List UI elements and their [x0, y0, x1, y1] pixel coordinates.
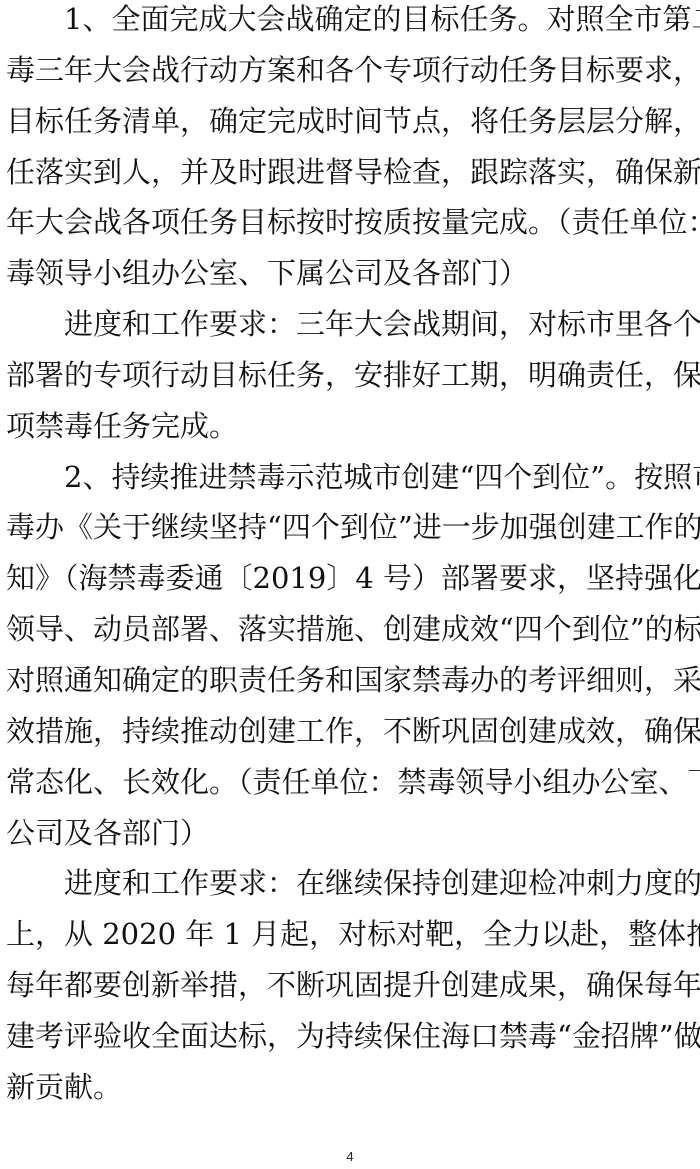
- paragraph-item-1: 1、全面完成大会战确定的目标任务。对照全市第二轮禁 毒三年大会战行动方案和各个专…: [6, 0, 682, 305]
- text-line: 知》（海禁毒委通〔2019〕4 号）部署要求，坚持强化组织: [6, 559, 682, 610]
- text-line: 毒三年大会战行动方案和各个专项行动任务目标要求，细化: [6, 51, 682, 102]
- text-line: 进度和工作要求：三年大会战期间，对标市里各个时期: [6, 305, 682, 356]
- text-line: 毒领导小组办公室、下属公司及各部门）: [6, 254, 682, 305]
- text-line: 部署的专项行动目标任务，安排好工期，明确责任，保证各: [6, 356, 682, 407]
- text-line: 对照通知确定的职责任务和国家禁毒办的考评细则，采取有: [6, 661, 682, 712]
- text-line: 建考评验收全面达标，为持续保住海口禁毒“金招牌”做出: [6, 1017, 682, 1068]
- text-line: 上，从 2020 年 1 月起，对标对靶，全力以赴，整体推进，: [6, 915, 682, 966]
- text-line: 任落实到人，并及时跟进督导检查，跟踪落实，确保新的三: [6, 153, 682, 204]
- paragraph-item-1-progress: 进度和工作要求：三年大会战期间，对标市里各个时期 部署的专项行动目标任务，安排好…: [6, 305, 682, 458]
- page-number: 4: [0, 1149, 700, 1165]
- document-page: 1、全面完成大会战确定的目标任务。对照全市第二轮禁 毒三年大会战行动方案和各个专…: [6, 0, 682, 1119]
- text-line: 1、全面完成大会战确定的目标任务。对照全市第二轮禁: [6, 0, 682, 51]
- text-line: 常态化、长效化。（责任单位：禁毒领导小组办公室、下属: [6, 763, 682, 814]
- text-line: 毒办《关于继续坚持“四个到位”进一步加强创建工作的通: [6, 508, 682, 559]
- text-line: 2、持续推进禁毒示范城市创建“四个到位”。按照市禁: [6, 458, 682, 509]
- text-line: 目标任务清单，确定完成时间节点，将任务层层分解，把责: [6, 102, 682, 153]
- text-line: 效措施，持续推动创建工作，不断巩固创建成效，确保创建: [6, 712, 682, 763]
- text-line: 领导、动员部署、落实措施、创建成效“四个到位”的标准，: [6, 610, 682, 661]
- text-line: 项禁毒任务完成。: [6, 407, 682, 458]
- text-line: 新贡献。: [6, 1068, 682, 1119]
- text-line: 年大会战各项任务目标按时按质按量完成。（责任单位：禁: [6, 203, 682, 254]
- paragraph-item-2-progress: 进度和工作要求：在继续保持创建迎检冲刺力度的基础 上，从 2020 年 1 月起…: [6, 864, 682, 1118]
- text-line: 进度和工作要求：在继续保持创建迎检冲刺力度的基础: [6, 864, 682, 915]
- text-line: 每年都要创新举措，不断巩固提升创建成果，确保每年的创: [6, 966, 682, 1017]
- paragraph-item-2: 2、持续推进禁毒示范城市创建“四个到位”。按照市禁 毒办《关于继续坚持“四个到位…: [6, 458, 682, 865]
- text-line: 公司及各部门）: [6, 814, 682, 865]
